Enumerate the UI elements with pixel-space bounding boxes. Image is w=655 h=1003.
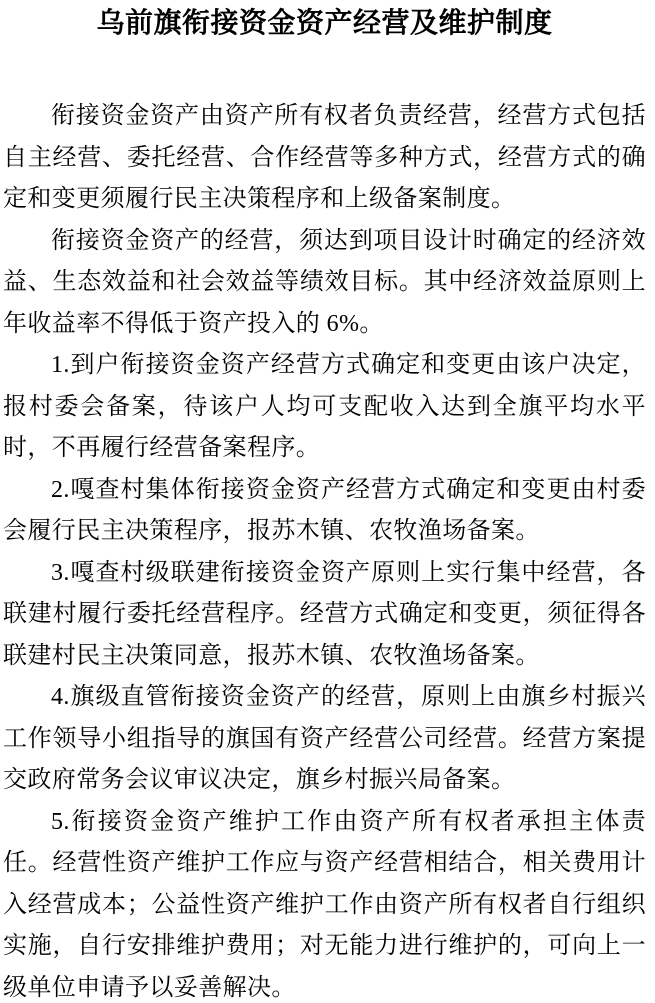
paragraph-item-5-maintenance-responsibility: 5.衔接资金资产维护工作由资产所有权者承担主体责任。经营性资产维护工作应与资产经… [3,802,646,1003]
document-body: 衔接资金资产由资产所有权者负责经营，经营方式包括自主经营、委托经营、合作经营等多… [3,96,646,1003]
paragraph-item-4-banner-managed-assets: 4.旗级直管衔接资金资产的经营，原则上由旗乡村振兴工作领导小组指导的旗国有资产经… [3,677,646,802]
document-page: 乌前旗衔接资金资产经营及维护制度 衔接资金资产由资产所有权者负责经营，经营方式包… [0,0,655,1003]
paragraph-item-1-household-assets: 1.到户衔接资金资产经营方式确定和变更由该户决定，报村委会备案，待该户人均可支配… [3,345,646,470]
paragraph-item-3-joint-village-assets: 3.嘎查村级联建衔接资金资产原则上实行集中经营，各联建村履行委托经营程序。经营方… [3,553,646,678]
paragraph-performance-targets: 衔接资金资产的经营，须达到项目设计时确定的经济效益、生态效益和社会效益等绩效目标… [3,221,646,346]
document-title: 乌前旗衔接资金资产经营及维护制度 [3,4,646,44]
paragraph-item-2-village-collective-assets: 2.嘎查村集体衔接资金资产经营方式确定和变更由村委会履行民主决策程序，报苏木镇、… [3,470,646,553]
paragraph-operation-overview: 衔接资金资产由资产所有权者负责经营，经营方式包括自主经营、委托经营、合作经营等多… [3,96,646,221]
